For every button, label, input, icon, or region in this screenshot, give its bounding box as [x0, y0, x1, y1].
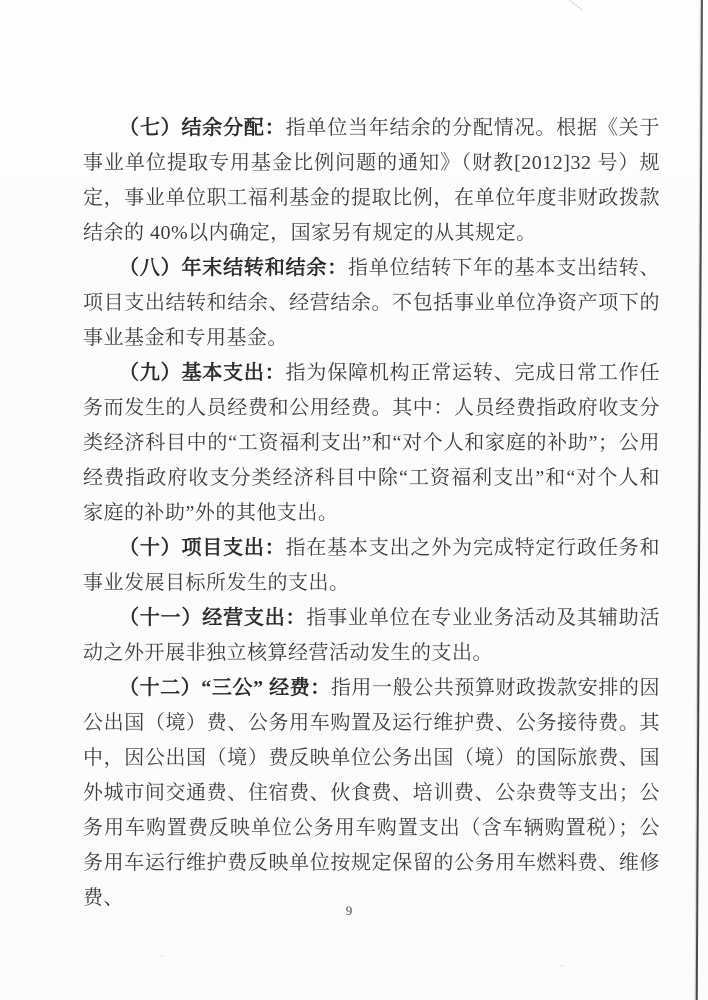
definition-paragraph: （九）基本支出：指为保障机构正常运转、完成日常工作任务而发生的人员经费和公用经费… [83, 356, 660, 531]
scan-edge-line [696, 0, 703, 1000]
paragraph-head: （十一）经营支出： [119, 607, 306, 629]
paragraph-body: 指为保障机构正常运转、完成日常工作任务而发生的人员经费和公用经费。其中：人员经费… [83, 362, 660, 524]
definition-paragraph: （十）项目支出：指在基本支出之外为完成特定行政任务和事业发展目标所发生的支出。 [83, 531, 660, 601]
scan-speck-artifact [160, 955, 163, 957]
document-page: （七）结余分配：指单位当年结余的分配情况。根据《关于事业单位提取专用基金比例问题… [0, 0, 708, 1000]
definition-paragraph: （八）年末结转和结余：指单位结转下年的基本支出结转、项目支出结转和结余、经营结余… [83, 251, 660, 356]
definition-paragraph: （七）结余分配：指单位当年结余的分配情况。根据《关于事业单位提取专用基金比例问题… [83, 111, 660, 251]
paragraph-head: （十二）“三公” 经费： [119, 677, 331, 699]
definition-paragraph: （十一）经营支出：指事业单位在专业业务活动及其辅助活动之外开展非独立核算经营活动… [83, 601, 660, 671]
paragraph-head: （八）年末结转和结余： [119, 257, 348, 279]
paragraph-body: 指用一般公共预算财政拨款安排的因公出国（境）费、公务用车购置及运行维护费、公务接… [83, 677, 660, 909]
page-number: 9 [0, 903, 698, 919]
definitions-text-block: （七）结余分配：指单位当年结余的分配情况。根据《关于事业单位提取专用基金比例问题… [83, 111, 660, 916]
paragraph-head: （十）项目支出： [119, 537, 286, 559]
scan-scratch-artifact [568, 0, 583, 10]
definition-paragraph: （十二）“三公” 经费：指用一般公共预算财政拨款安排的因公出国（境）费、公务用车… [83, 671, 660, 916]
paragraph-head: （七）结余分配： [119, 117, 286, 139]
page-background: （七）结余分配：指单位当年结余的分配情况。根据《关于事业单位提取专用基金比例问题… [0, 0, 708, 1000]
scan-speck-artifact [560, 965, 563, 967]
paragraph-head: （九）基本支出： [119, 362, 286, 384]
